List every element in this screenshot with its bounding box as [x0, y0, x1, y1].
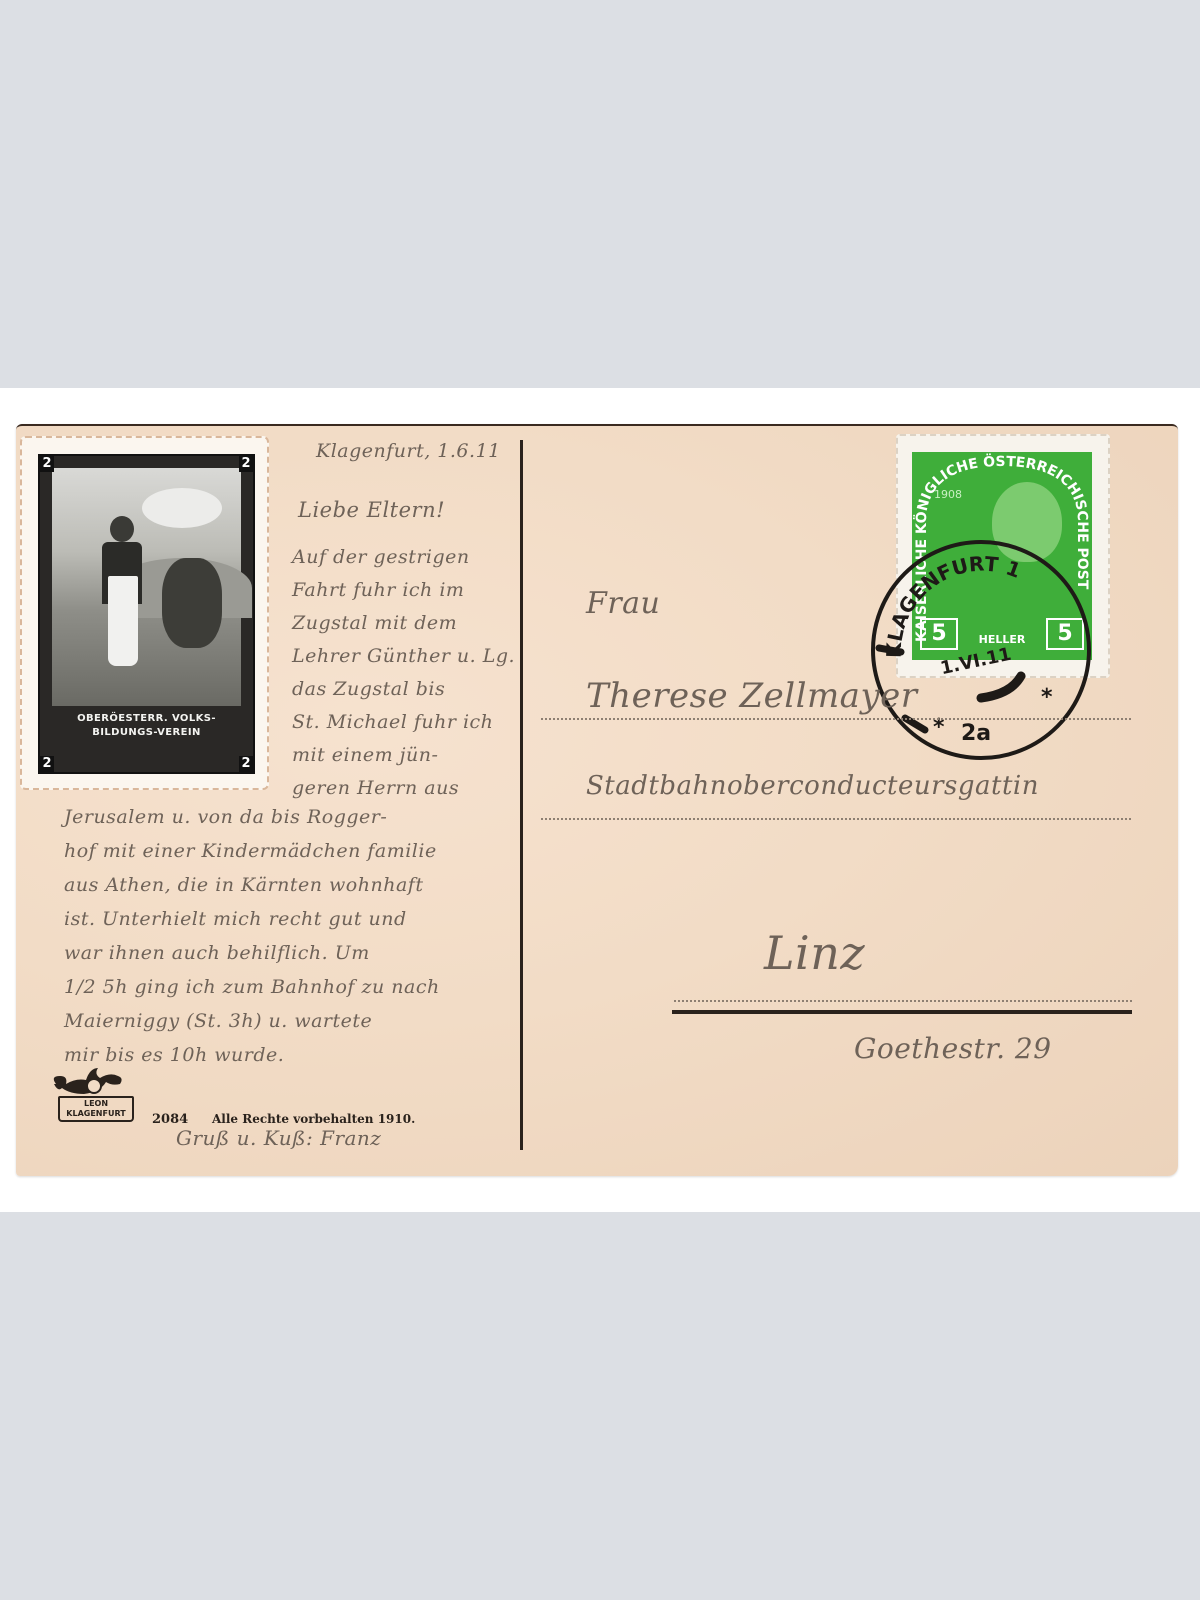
denomination-top-left: 2 [40, 456, 54, 472]
svg-text:1.VI.11: 1.VI.11 [939, 644, 1014, 679]
message-line: Fahrt fuhr ich im [292, 579, 464, 601]
address-recipient: Therese Zellmayer [586, 676, 918, 716]
vignette-frame: OBERÖESTERR. VOLKS- BILDUNGS-VEREIN 2 2 … [38, 454, 255, 774]
greeting: Liebe Eltern! [298, 498, 445, 522]
message-line: Lehrer Günther u. Lg. [292, 645, 515, 667]
publisher-label: LEON KLAGENFURT [58, 1096, 134, 1122]
denomination-bottom-right: 2 [239, 756, 253, 772]
message-line: mir bis es 10h wurde. [64, 1044, 284, 1066]
postmark-cancel: KLAGENFURT 1 1.VI.11 * 2a * [861, 528, 1101, 768]
message-line: das Zugstal bis [292, 678, 445, 700]
closing: Gruß u. Kuß: Franz [176, 1126, 381, 1150]
city-underline [672, 1010, 1132, 1014]
publisher-city: KLAGENFURT [60, 1109, 132, 1119]
lamp-emblem-icon [50, 1066, 136, 1100]
message-line: war ihnen auch behilflich. Um [64, 942, 370, 964]
card-number: 2084 [152, 1112, 188, 1127]
denomination-bottom-left: 2 [40, 756, 54, 772]
place-date: Klagenfurt, 1.6.11 [316, 440, 501, 462]
center-divider [520, 440, 523, 1150]
address-line1: Frau [586, 586, 660, 621]
woman-figure-icon [100, 516, 144, 686]
svg-text:KLAGENFURT 1: KLAGENFURT 1 [882, 551, 1024, 658]
message-line: St. Michael fuhr ich [292, 711, 493, 733]
rights-notice: Alle Rechte vorbehalten 1910. [212, 1112, 415, 1126]
vignette-illustration [52, 468, 241, 706]
address-rule-3 [674, 1000, 1132, 1002]
vignette-label: OBERÖESTERR. VOLKS- BILDUNGS-VEREIN [52, 712, 241, 740]
address-rule-1 [541, 718, 1131, 720]
denomination-top-right: 2 [239, 456, 253, 472]
message-line: Jerusalem u. von da bis Rogger- [64, 806, 387, 828]
message-line: Auf der gestrigen [292, 546, 470, 568]
message-line: ist. Unterhielt mich recht gut und [64, 908, 407, 930]
address-title: Stadtbahnoberconducteursgattin [586, 771, 1039, 801]
svg-text:2a: 2a [961, 721, 991, 746]
svg-text:*: * [1041, 685, 1053, 710]
message-line: hof mit einer Kindermädchen familie [64, 840, 437, 862]
address-rule-2 [541, 818, 1131, 820]
message-line: Maierniggy (St. 3h) u. wartete [64, 1010, 372, 1032]
publisher-logo: LEON KLAGENFURT [50, 1066, 136, 1128]
vignette-stamp: OBERÖESTERR. VOLKS- BILDUNGS-VEREIN 2 2 … [20, 436, 269, 790]
cloud-shape [142, 488, 222, 528]
bush-shape [162, 558, 222, 648]
publisher-name: LEON [60, 1099, 132, 1109]
message-line: aus Athen, die in Kärnten wohnhaft [64, 874, 423, 896]
address-street: Goethestr. 29 [854, 1032, 1052, 1065]
message-line: 1/2 5h ging ich zum Bahnhof zu nach [64, 976, 440, 998]
message-line: geren Herrn aus [292, 777, 459, 799]
postcard: OBERÖESTERR. VOLKS- BILDUNGS-VEREIN 2 2 … [16, 424, 1178, 1176]
vignette-label-line1: OBERÖESTERR. VOLKS- [52, 712, 241, 726]
vignette-label-line2: BILDUNGS-VEREIN [52, 726, 241, 740]
message-line: mit einem jün- [292, 744, 438, 766]
message-line: Zugstal mit dem [292, 612, 457, 634]
address-city: Linz [764, 926, 865, 980]
